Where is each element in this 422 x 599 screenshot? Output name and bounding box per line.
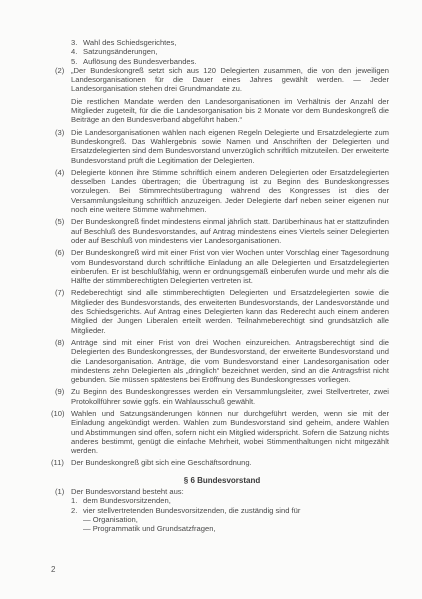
list-item: 3.Wahl des Schiedsgerichtes, (71, 38, 389, 47)
list-item: 2.vier stellvertretenden Bundesvorsitzen… (71, 506, 389, 534)
sub-list-item: — Organisation, (83, 515, 389, 524)
page-number: 2 (51, 565, 55, 574)
board-members-list: 1.dem Bundesvorsitzenden, 2.vier stellve… (71, 496, 389, 533)
paragraph-4: (4) Delegierte können ihre Stimme schrif… (55, 168, 389, 214)
paragraph-9: (9) Zu Beginn des Bundeskongresses werde… (55, 387, 389, 406)
agenda-list: 3.Wahl des Schiedsgerichtes, 4.Satzungsä… (55, 38, 389, 66)
paragraph-11: (11) Der Bundeskongreß gibt sich eine Ge… (55, 458, 389, 467)
list-item: 4.Satzungsänderungen, (71, 47, 389, 56)
paragraph-10: (10) Wahlen und Satzungsänderungen könne… (55, 409, 389, 455)
paragraph-7: (7) Redeberechtigt sind alle stimmberech… (55, 288, 389, 334)
sub-list: — Organisation, — Programmatik und Grund… (83, 515, 389, 534)
paragraph-6: (6) Der Bundeskongreß wird mit einer Fri… (55, 248, 389, 285)
paragraph-5: (5) Der Bundeskongreß findet mindestens … (55, 217, 389, 245)
sub-list-item: — Programmatik und Grundsatzfragen, (83, 524, 389, 533)
section-heading: § 6 Bundesvorstand (55, 476, 389, 485)
list-item: 1.dem Bundesvorsitzenden, (71, 496, 389, 505)
page-content: 3.Wahl des Schiedsgerichtes, 4.Satzungsä… (55, 38, 389, 534)
document-page: 3.Wahl des Schiedsgerichtes, 4.Satzungsä… (0, 0, 422, 599)
paragraph-3: (3) Die Landesorganisationen wählen nach… (55, 128, 389, 165)
paragraph-2: (2) „Der Bundeskongreß setzt sich aus 12… (55, 66, 389, 125)
paragraph-8: (8) Anträge sind mit einer Frist von dre… (55, 338, 389, 384)
list-item: 5.Auflösung des Bundesverbandes. (71, 57, 389, 66)
section-paragraph-1: (1) Der Bundesvorstand besteht aus: 1.de… (55, 487, 389, 533)
